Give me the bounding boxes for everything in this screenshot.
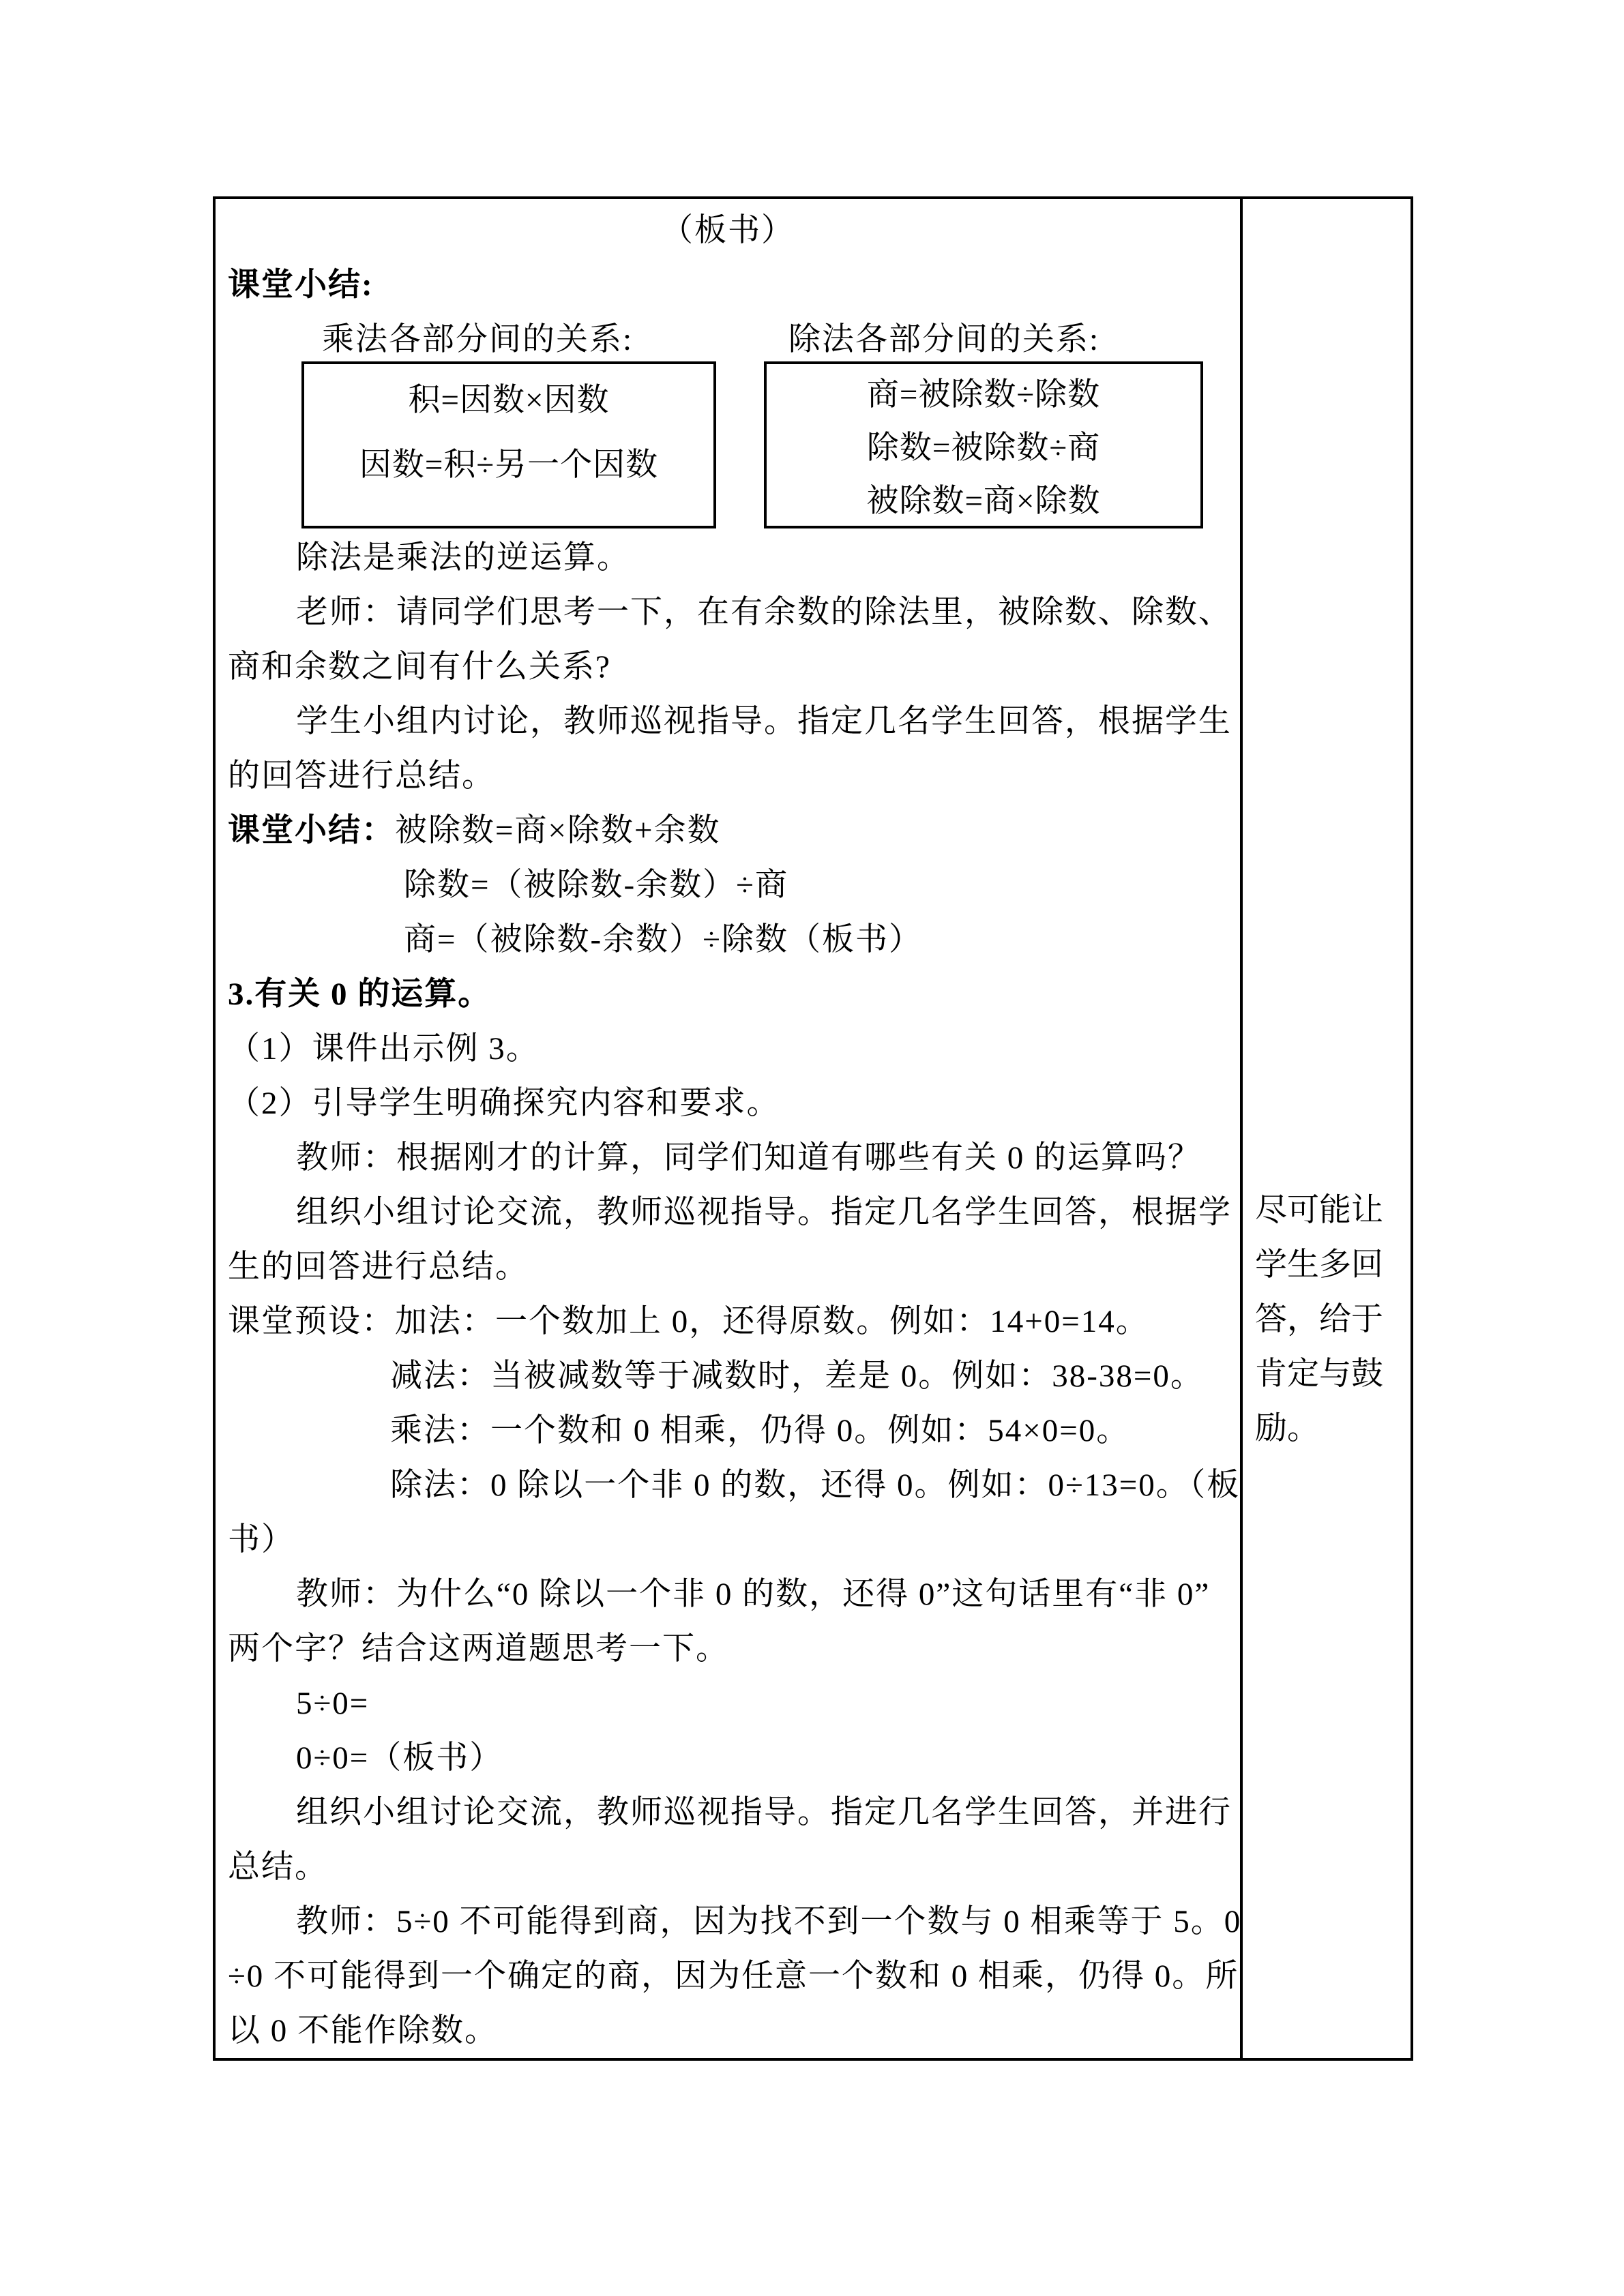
body-line: 减法：当被减数等于减数时，差是 0。例如：38-38=0。 <box>216 1349 1240 1403</box>
multiplication-formula-box: 积=因数×因数 因数=积÷另一个因数 <box>301 361 716 528</box>
body-line: 除数=（被除数-余数）÷商 <box>216 858 1240 912</box>
side-note-line: 学生多回 <box>1255 1238 1383 1292</box>
body-line: 课堂小结：被除数=商×除数+余数 <box>216 803 1240 858</box>
body-line: 以 0 不能作除数。 <box>216 2003 1240 2058</box>
formula-line: 因数=积÷另一个因数 <box>304 433 713 498</box>
division-relations-heading: 除法各部分间的关系: <box>788 312 1099 367</box>
side-note-line: 尽可能让 <box>1255 1183 1383 1238</box>
division-formula-box: 商=被除数÷除数 除数=被除数÷商 被除数=商×除数 <box>764 361 1203 528</box>
formula-line: 商=被除数÷除数 <box>767 368 1200 421</box>
body-line: 除法：0 除以一个非 0 的数，还得 0。例如：0÷13=0。（板 <box>216 1458 1240 1512</box>
body-line: （2）引导学生明确探究内容和要求。 <box>216 1076 1240 1131</box>
body-line: 老师：请同学们思考一下，在有余数的除法里，被除数、除数、 <box>216 585 1240 640</box>
body-line: 书） <box>216 1512 1240 1567</box>
lesson-plan-table: （板书） 课堂小结: 乘法各部分间的关系: 除法各部分间的关系: 积=因数×因数… <box>213 196 1413 2061</box>
side-note: 尽可能让学生多回答，给于肯定与鼓励。 <box>1255 1183 1383 1456</box>
body-line: ÷0 不可能得到一个确定的商，因为任意一个数和 0 相乘，仍得 0。所 <box>216 1949 1240 2003</box>
body-line: 两个字？结合这两道题思考一下。 <box>216 1622 1240 1676</box>
body-line: 教师：根据刚才的计算，同学们知道有哪些有关 0 的运算吗？ <box>216 1131 1240 1185</box>
formula-line: 积=因数×因数 <box>304 368 713 433</box>
body-line: 的回答进行总结。 <box>216 749 1240 803</box>
body-line: 0÷0=（板书） <box>216 1731 1240 1785</box>
body-line: 商=（被除数-余数）÷除数（板书） <box>216 912 1240 967</box>
relations-headings-row: 乘法各部分间的关系: 除法各部分间的关系: <box>216 312 1240 367</box>
body-line: 生的回答进行总结。 <box>216 1240 1240 1294</box>
side-note-line: 答，给于 <box>1255 1292 1383 1347</box>
side-note-line: 励。 <box>1255 1401 1383 1456</box>
formula-boxes-row: 积=因数×因数 因数=积÷另一个因数 商=被除数÷除数 除数=被除数÷商 被除数… <box>216 367 1240 531</box>
body-line: 学生小组内讨论，教师巡视指导。指定几名学生回答，根据学生 <box>216 694 1240 749</box>
body-line: 乘法：一个数和 0 相乘，仍得 0。例如：54×0=0。 <box>216 1403 1240 1458</box>
board-note: （板书） <box>216 203 1240 258</box>
remarks-cell: 尽可能让学生多回答，给于肯定与鼓励。 <box>1240 199 1411 2058</box>
body-lines: 除法是乘法的逆运算。老师：请同学们思考一下，在有余数的除法里，被除数、除数、商和… <box>216 531 1240 2058</box>
formula-line: 除数=被除数÷商 <box>767 421 1200 475</box>
body-line: 5÷0= <box>216 1676 1240 1731</box>
line-label: 课堂小结： <box>228 813 395 848</box>
side-note-line: 肯定与鼓 <box>1255 1347 1383 1401</box>
multiplication-relations-heading: 乘法各部分间的关系: <box>322 312 633 367</box>
body-line: 组织小组讨论交流，教师巡视指导。指定几名学生回答，并进行 <box>216 1785 1240 1840</box>
body-line: 总结。 <box>216 1840 1240 1894</box>
lesson-content-cell: （板书） 课堂小结: 乘法各部分间的关系: 除法各部分间的关系: 积=因数×因数… <box>216 199 1240 2058</box>
class-summary-label: 课堂小结: <box>216 258 1240 312</box>
body-line: 教师：为什么“0 除以一个非 0 的数，还得 0”这句话里有“非 0” <box>216 1567 1240 1622</box>
formula-line: 被除数=商×除数 <box>767 475 1200 528</box>
body-line: 3.有关 0 的运算。 <box>216 967 1240 1022</box>
body-line: 教师：5÷0 不可能得到商，因为找不到一个数与 0 相乘等于 5。0 <box>216 1894 1240 1949</box>
body-line: 课堂预设：加法：一个数加上 0，还得原数。例如：14+0=14。 <box>216 1294 1240 1349</box>
body-line: 除法是乘法的逆运算。 <box>216 531 1240 585</box>
body-line: 商和余数之间有什么关系? <box>216 640 1240 694</box>
body-line: 组织小组讨论交流，教师巡视指导。指定几名学生回答，根据学 <box>216 1185 1240 1240</box>
body-line: （1）课件出示例 3。 <box>216 1022 1240 1076</box>
